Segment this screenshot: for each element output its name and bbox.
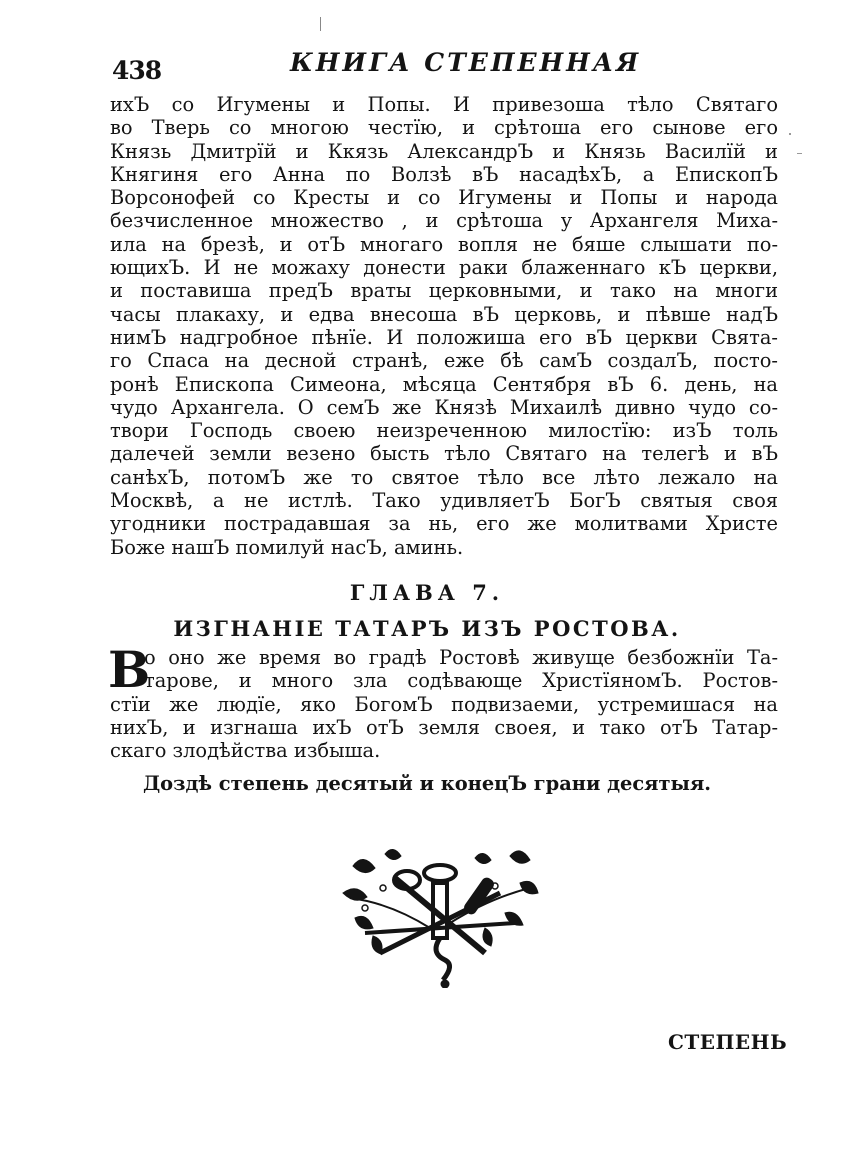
text-line: Москвѣ, а не истлѣ. Тако удивляетЪ БогЪ … (110, 489, 778, 512)
running-head: 438 КНИГА СТЕПЕННАЯ (112, 46, 782, 86)
drop-cap: В (108, 648, 150, 692)
text-line: твори Господь своею неизреченною милостї… (110, 419, 778, 442)
text-line: во Тверь со многою честїю, и срѣтоша его… (110, 116, 778, 139)
page-number: 438 (112, 56, 161, 85)
book-page: 438 КНИГА СТЕПЕННАЯ ихЪ со Игумены и Поп… (0, 0, 854, 1150)
text-line: чудо Архангела. О семЪ же Князѣ Михаилѣ … (110, 396, 778, 419)
text-line: безчисленное множество , и срѣтоша у Арх… (110, 209, 778, 232)
text-line: Князь Дмитрїй и Ккязь АлександрЪ и Князь… (110, 140, 778, 163)
text-line: Княгиня его Анна по Волзѣ вЪ насадѣхЪ, а… (110, 163, 778, 186)
text-line: угодники пострадавшая за нь, его же моли… (110, 512, 778, 535)
running-title: КНИГА СТЕПЕННАЯ (290, 48, 641, 77)
text-line: нимЪ надгробное пѣнїе. И положиша его вЪ… (110, 326, 778, 349)
margin-speck (789, 133, 791, 135)
body-paragraph: ихЪ со Игумены и Попы. И привезоша тѣло … (110, 93, 778, 559)
floral-vignette-icon (335, 838, 545, 988)
text-line: тарове, и много зла содѣвающе Христїяном… (110, 669, 778, 692)
text-line: далечей земли везено бысть тѣло Святаго … (110, 442, 778, 465)
text-line: нихЪ, и изгнаша ихЪ отЪ земля своея, и т… (110, 716, 778, 739)
text-line: ихЪ со Игумены и Попы. И привезоша тѣло … (110, 93, 778, 116)
chapter-paragraph: В о оно же время во градѣ Ростовѣ живуще… (110, 646, 778, 762)
text-line: ронѣ Епископа Симеона, мѣсяца Сентября в… (110, 373, 778, 396)
text-line: Ворсонофей со Кресты и со Игумены и Попы… (110, 186, 778, 209)
catchword: СТЕПЕНЬ (668, 1030, 787, 1054)
section-closing-line: Доздѣ степень десятый и конецЪ грани дес… (0, 772, 854, 795)
text-line: скаго злодѣйства избыша. (110, 739, 778, 762)
text-line: ила на брезѣ, и отЪ многаго вопля не бяш… (110, 233, 778, 256)
text-line: Боже нашЪ помилуй насЪ, аминь. (110, 536, 778, 559)
top-tick-mark (320, 17, 321, 31)
text-line: го Спаса на десной странѣ, еже бѣ самЪ с… (110, 349, 778, 372)
text-line: стїи же людїе, яко БогомЪ подвизаеми, ус… (110, 693, 778, 716)
text-line: и поставиша предЪ враты церковными, и та… (110, 279, 778, 302)
text-line: часы плакаху, и едва внесоша вЪ церковь,… (110, 303, 778, 326)
chapter-number: ГЛАВА 7. (0, 580, 854, 605)
margin-speck (797, 153, 802, 154)
chapter-title: ИЗГНАНІЕ ТАТАРЪ ИЗЪ РОСТОВА. (0, 616, 854, 641)
text-line: о оно же время во градѣ Ростовѣ живуще б… (110, 646, 778, 669)
text-line: санѣхЪ, потомЪ же то святое тѣло все лѣт… (110, 466, 778, 489)
text-line: ющихЪ. И не можаху донести раки блаженна… (110, 256, 778, 279)
